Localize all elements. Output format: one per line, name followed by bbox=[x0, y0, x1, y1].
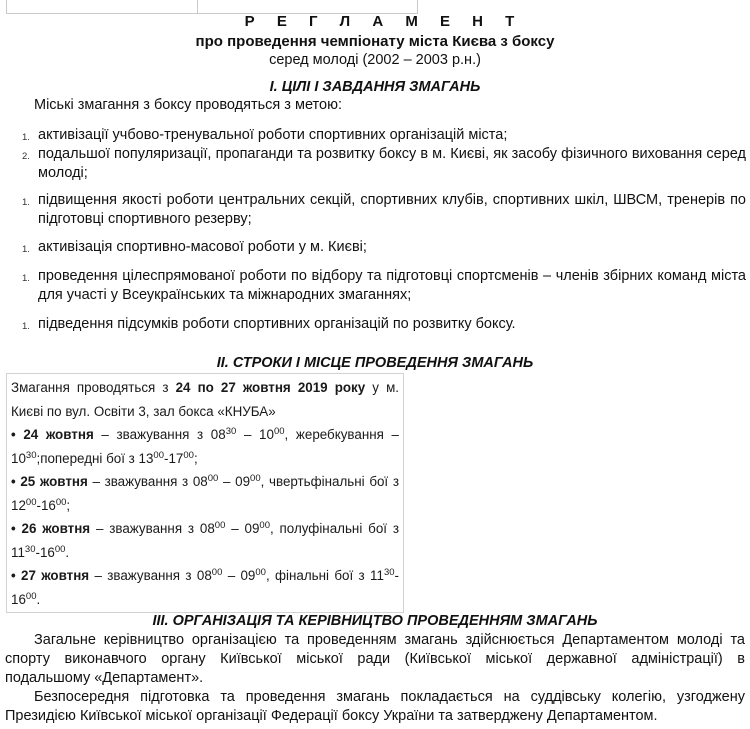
schedule-day: • 25 жовтня – зважування з 0800 – 0900, … bbox=[11, 470, 399, 517]
schedule-text: -16 bbox=[36, 498, 55, 513]
time-minutes: 00 bbox=[55, 544, 66, 555]
schedule-day: • 26 жовтня – зважування з 0800 – 0900, … bbox=[11, 517, 399, 564]
schedule-text: -16 bbox=[35, 545, 54, 560]
list-item: 2. подальшої популяризації, пропаганди т… bbox=[22, 145, 746, 183]
section-2-heading: ІІ. СТРОКИ І МІСЦЕ ПРОВЕДЕННЯ ЗМАГАНЬ bbox=[0, 355, 750, 371]
schedule-date: • 26 жовтня bbox=[11, 521, 90, 536]
time-minutes: 00 bbox=[274, 426, 285, 437]
schedule-text: . bbox=[65, 545, 69, 560]
list-text: активізації учбово-тренувальної роботи с… bbox=[38, 126, 746, 145]
time-minutes: 00 bbox=[56, 497, 67, 508]
list-item: 1. підвищення якості роботи центральних … bbox=[22, 191, 746, 229]
document-title: Р Е Г Л А М Е Н Т bbox=[0, 13, 750, 30]
schedule-text: ; bbox=[66, 498, 70, 513]
time-minutes: 00 bbox=[26, 591, 37, 602]
time-minutes: 30 bbox=[226, 426, 237, 437]
schedule-day: • 27 жовтня – зважування з 0800 – 0900, … bbox=[11, 564, 399, 611]
list-item: 1. активізація спортивно-масової роботи … bbox=[22, 238, 746, 257]
schedule-date: • 25 жовтня bbox=[11, 474, 88, 489]
schedule-text: , фінальні бої з 11 bbox=[266, 568, 384, 583]
schedule-intro: Змагання проводяться з 24 по 27 жовтня 2… bbox=[11, 376, 399, 423]
schedule-day: • 24 жовтня – зважування з 0830 – 1000, … bbox=[11, 423, 399, 470]
schedule-text: – 09 bbox=[218, 474, 250, 489]
schedule-text: – зважування з 08 bbox=[88, 474, 208, 489]
schedule-text: – 09 bbox=[225, 521, 259, 536]
list-item: 1. підведення підсумків роботи спортивни… bbox=[22, 315, 746, 334]
schedule-date: • 24 жовтня bbox=[11, 427, 94, 442]
time-minutes: 30 bbox=[25, 544, 36, 555]
schedule-text: ;попередні бої з 13 bbox=[36, 451, 153, 466]
schedule-intro-text: Змагання проводяться з bbox=[11, 380, 176, 395]
schedule-box: Змагання проводяться з 24 по 27 жовтня 2… bbox=[6, 373, 404, 613]
paragraph-line: спорту виконавчого органу Київської місь… bbox=[5, 650, 745, 669]
schedule-text: – зважування з 08 bbox=[89, 568, 212, 583]
list-text: подальшої популяризації, пропаганди та р… bbox=[38, 145, 746, 183]
paragraph-line: Загальне керівництво організацією та про… bbox=[5, 631, 745, 650]
list-text: активізація спортивно-масової роботи у м… bbox=[38, 238, 746, 257]
header-table-remnant bbox=[6, 0, 418, 14]
section-1-intro: Міські змагання з боксу проводяться з ме… bbox=[34, 97, 342, 113]
paragraph-line: Президією Київської міської організації … bbox=[5, 707, 745, 726]
schedule-text: – 09 bbox=[222, 568, 255, 583]
list-number: 1. bbox=[22, 193, 30, 212]
time-minutes: 00 bbox=[212, 567, 223, 578]
schedule-text: ; bbox=[194, 451, 198, 466]
time-minutes: 00 bbox=[183, 450, 194, 461]
time-minutes: 00 bbox=[26, 497, 37, 508]
list-number: 1. bbox=[22, 269, 30, 288]
time-minutes: 30 bbox=[26, 450, 37, 461]
list-item: 1. проведення цілеспрямованої роботи по … bbox=[22, 267, 746, 305]
list-text: підвищення якості роботи центральних сек… bbox=[38, 191, 746, 229]
time-minutes: 00 bbox=[215, 520, 226, 531]
paragraph-line: Безпосередня підготовка та проведення зм… bbox=[5, 688, 745, 707]
document-subtitle-age: серед молоді (2002 – 2003 р.н.) bbox=[0, 52, 750, 68]
schedule-text: . bbox=[36, 592, 40, 607]
schedule-text: – зважування з 08 bbox=[90, 521, 215, 536]
time-minutes: 00 bbox=[153, 450, 164, 461]
time-minutes: 00 bbox=[250, 473, 261, 484]
list-text: проведення цілеспрямованої роботи по від… bbox=[38, 267, 746, 305]
time-minutes: 30 bbox=[384, 567, 395, 578]
list-number: 1. bbox=[22, 317, 30, 336]
section-1-heading: І. ЦІЛІ І ЗАВДАННЯ ЗМАГАНЬ bbox=[0, 79, 750, 95]
list-text: підведення підсумків роботи спортивних о… bbox=[38, 315, 746, 334]
paragraph-judging-panel: Безпосередня підготовка та проведення зм… bbox=[5, 688, 745, 726]
list-number: 1. bbox=[22, 240, 30, 259]
table-divider bbox=[197, 0, 198, 14]
list-number: 2. bbox=[22, 147, 30, 166]
list-item: 1. активізації учбово-тренувальної робот… bbox=[22, 126, 746, 145]
schedule-text: – 10 bbox=[236, 427, 274, 442]
paragraph-line: подальшому «Департамент». bbox=[5, 669, 745, 688]
schedule-text: -17 bbox=[164, 451, 183, 466]
time-minutes: 00 bbox=[259, 520, 270, 531]
schedule-dates: 24 по 27 жовтня 2019 року bbox=[176, 380, 366, 395]
time-minutes: 00 bbox=[208, 473, 219, 484]
paragraph-general-management: Загальне керівництво організацією та про… bbox=[5, 631, 745, 688]
section-3-heading: ІІІ. ОРГАНІЗАЦІЯ ТА КЕРІВНИЦТВО ПРОВЕДЕН… bbox=[0, 613, 750, 629]
schedule-date: • 27 жовтня bbox=[11, 568, 89, 583]
time-minutes: 00 bbox=[255, 567, 266, 578]
document-subtitle: про проведення чемпіонату міста Києва з … bbox=[0, 33, 750, 50]
schedule-text: – зважування з 08 bbox=[94, 427, 226, 442]
